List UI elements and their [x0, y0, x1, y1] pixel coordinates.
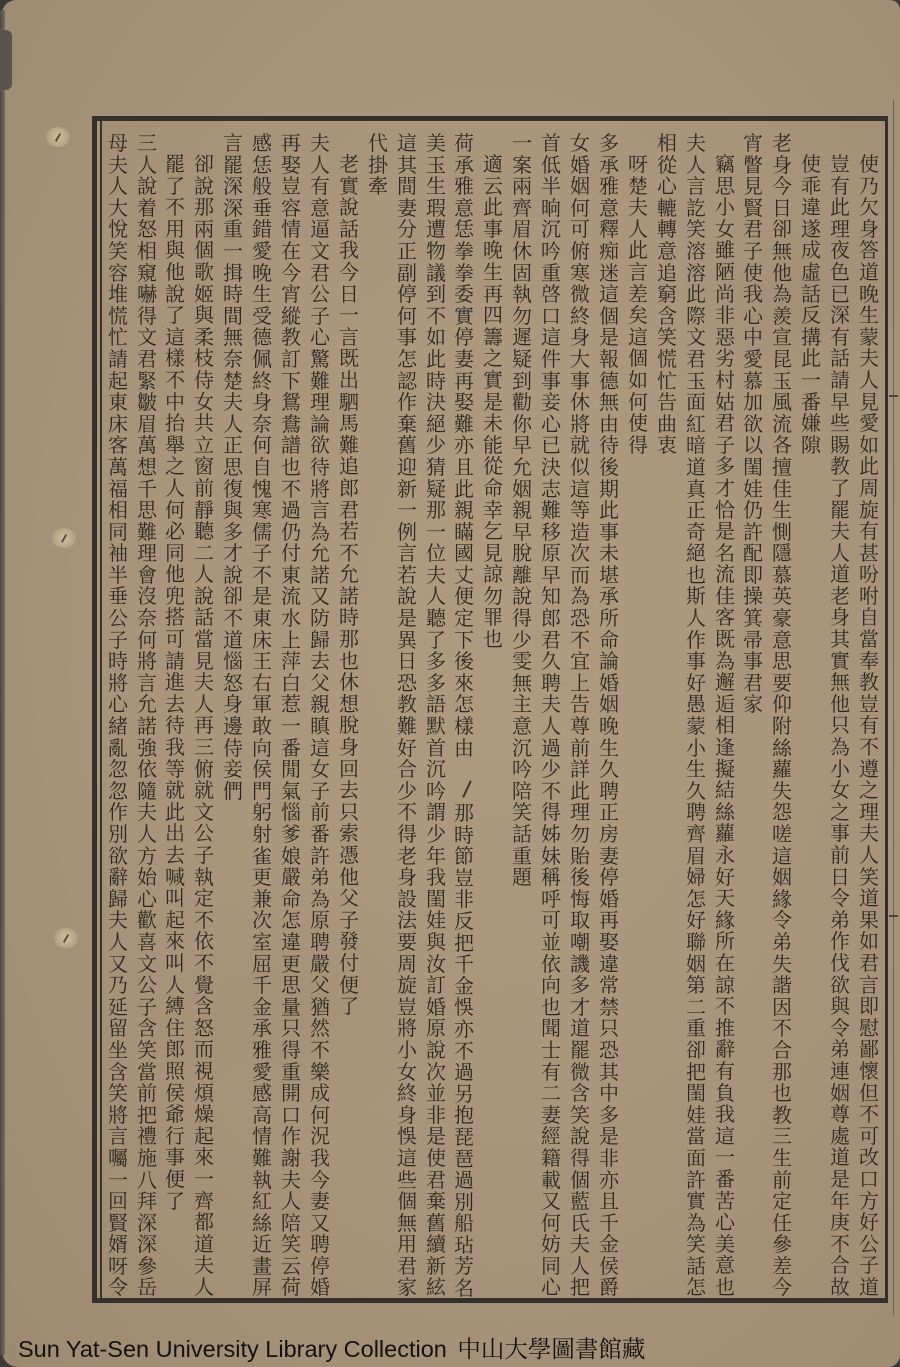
text-column: 卻說那兩個歌姬與柔枝侍女共立窗前靜聽二人說話當見夫人再三俯就文公子執定不依不覺含… [191, 154, 217, 1298]
text-column-continuation: 那時節豈非反把千金悞亦不過另抱琵琶過別船玷芳名 [451, 803, 477, 1300]
text-column: 適云此事晚生再四籌之實是未能從命幸乞見諒勿罪也 [480, 154, 506, 651]
text-column: 豈有此理夜色已深有話請早些賜教了罷夫人道老身其實無他只為小女之事前日令弟作伐欲與… [827, 154, 853, 1298]
collection-caption-en: Sun Yat-Sen University Library Collectio… [18, 1336, 447, 1362]
text-column: 相從心轆轉意追窮含笑慌忙告曲衷 [654, 133, 680, 457]
fold-mark [889, 915, 898, 917]
text-column: 首低半晌沉吟重啓口這件事妾心已決志難移原早知郎君久聘夫人過少不得姊妹稱呼可並依向… [538, 133, 564, 1299]
edge-stain [0, 30, 12, 90]
text-column: 代掛牽 [365, 133, 391, 198]
text-column: 荷承雅意恁拳拳委實停妻再娶難亦且此親瞞國丈便定下後來怎樣由 [451, 133, 477, 759]
binding-hole [54, 928, 78, 948]
text-column: 再娶豈容情在今宵縱教訂下鴛鴦譜也不過仍付東流水上萍白惹一番閒氣惱爹娘嚴命怎違更思… [278, 133, 304, 1299]
text-column: 夫人有意逼文君公子心驚難理論欲待將言為允諾又防歸去父親瞋這女子前番許弟為原聘嚴父… [307, 133, 333, 1299]
text-column: 夫人言訖笑溶溶此際文君玉面紅暗道真正奇絕也斯人作事好愚蒙小生久聘齊眉婦怎好聯姻第… [683, 133, 709, 1299]
text-column: 三人說着怒相窺嚇得文君緊皺眉萬想千思難理會沒奈何將言允諾強依隨夫人方始心歡喜文公… [134, 133, 160, 1299]
text-column: 一案兩齊眉休固執勿遲疑到勸你早允姻親早脫離說得少雯無主意沉吟陪笑話重題 [509, 133, 535, 889]
text-column: 罷了不用與他說了這樣不中抬舉之人何必同他兜搭可請進去待我等就此出去喊叫起來叫人縛… [162, 154, 188, 1212]
text-column: 宵瞥見賢君子使我心中愛慕加欲以閨娃仍許配即操箕帚事君家 [740, 133, 766, 716]
collection-caption: Sun Yat-Sen University Library Collectio… [18, 1336, 645, 1363]
text-column: 使乃欠身答道晚生蒙夫人見愛如此周旋有甚吩咐自當奉教豈有不遵之理夫人笑道果如君言即… [856, 154, 882, 1298]
text-column: 呀楚夫人此言差矣這個如何使得 [625, 154, 651, 456]
center-fold-line [893, 100, 894, 1315]
text-column: 竊思小女雖陋尚非惡劣村姑君子多才恰是名流佳客既為邂逅相逢擬結絲蘿永好天緣所在諒不… [712, 154, 738, 1298]
text-column: 感恁般垂錯愛晚生受德佩終身奈何自愧寒儒子不是東床王右軍敢向侯門躬射雀更兼次室屈千… [249, 133, 275, 1299]
text-column: 這其間妻分正副停何事怎認作棄舊迎新一例言若說是異日恐教難好合少不得老身設法要周旋… [394, 133, 420, 1299]
text-column: 老身今日卻無他為羨宣昆玉風流各擅佳生惻隱慕英豪意思要仰附絲蘿失怨嗟這姻緣令弟失諧… [769, 133, 795, 1299]
text-column: 老實說話我今日一言既出駟馬難追郎君若不允諾時那也休想脫身回去只索憑他父子發付便了 [336, 154, 362, 1018]
inner-border-line [100, 121, 102, 1298]
binding-hole [52, 528, 76, 548]
fold-mark [889, 395, 898, 397]
text-column: 言罷深深重一揖時間無奈楚夫人正思復與多才說卻不道惱怒身邊侍妾們 [220, 133, 246, 802]
collection-caption-zh: 中山大學圖書館藏 [457, 1335, 645, 1363]
page-left-edge [0, 10, 5, 1355]
text-column: 母夫人大悅笑容堆慌忙請起東床客萬福相同袖半垂公子時將心緒亂忽忽作別欲辭歸夫人又乃… [105, 133, 131, 1299]
text-column: 使乖違遂成虛話反搆此一番嫌隙 [798, 154, 824, 456]
binding-hole [46, 127, 70, 147]
text-column: 多承雅意釋痴迷這個是報德無由待後期此事未堪承所命論婚姻晚生久聘正房妻停婚再娶違常… [596, 133, 622, 1299]
text-column: 女婚姻何可俯寒微終身大事休將就似這等造次而為恐不宜上告尊前詳此理勿貽後悔取嘲譏多… [567, 133, 593, 1299]
text-column: 美玉生瑕遭物議到不如此時決絕少猜疑那一位夫人聽了多多語默首沉吟謂少年我閨娃與汝訂… [423, 133, 449, 1299]
